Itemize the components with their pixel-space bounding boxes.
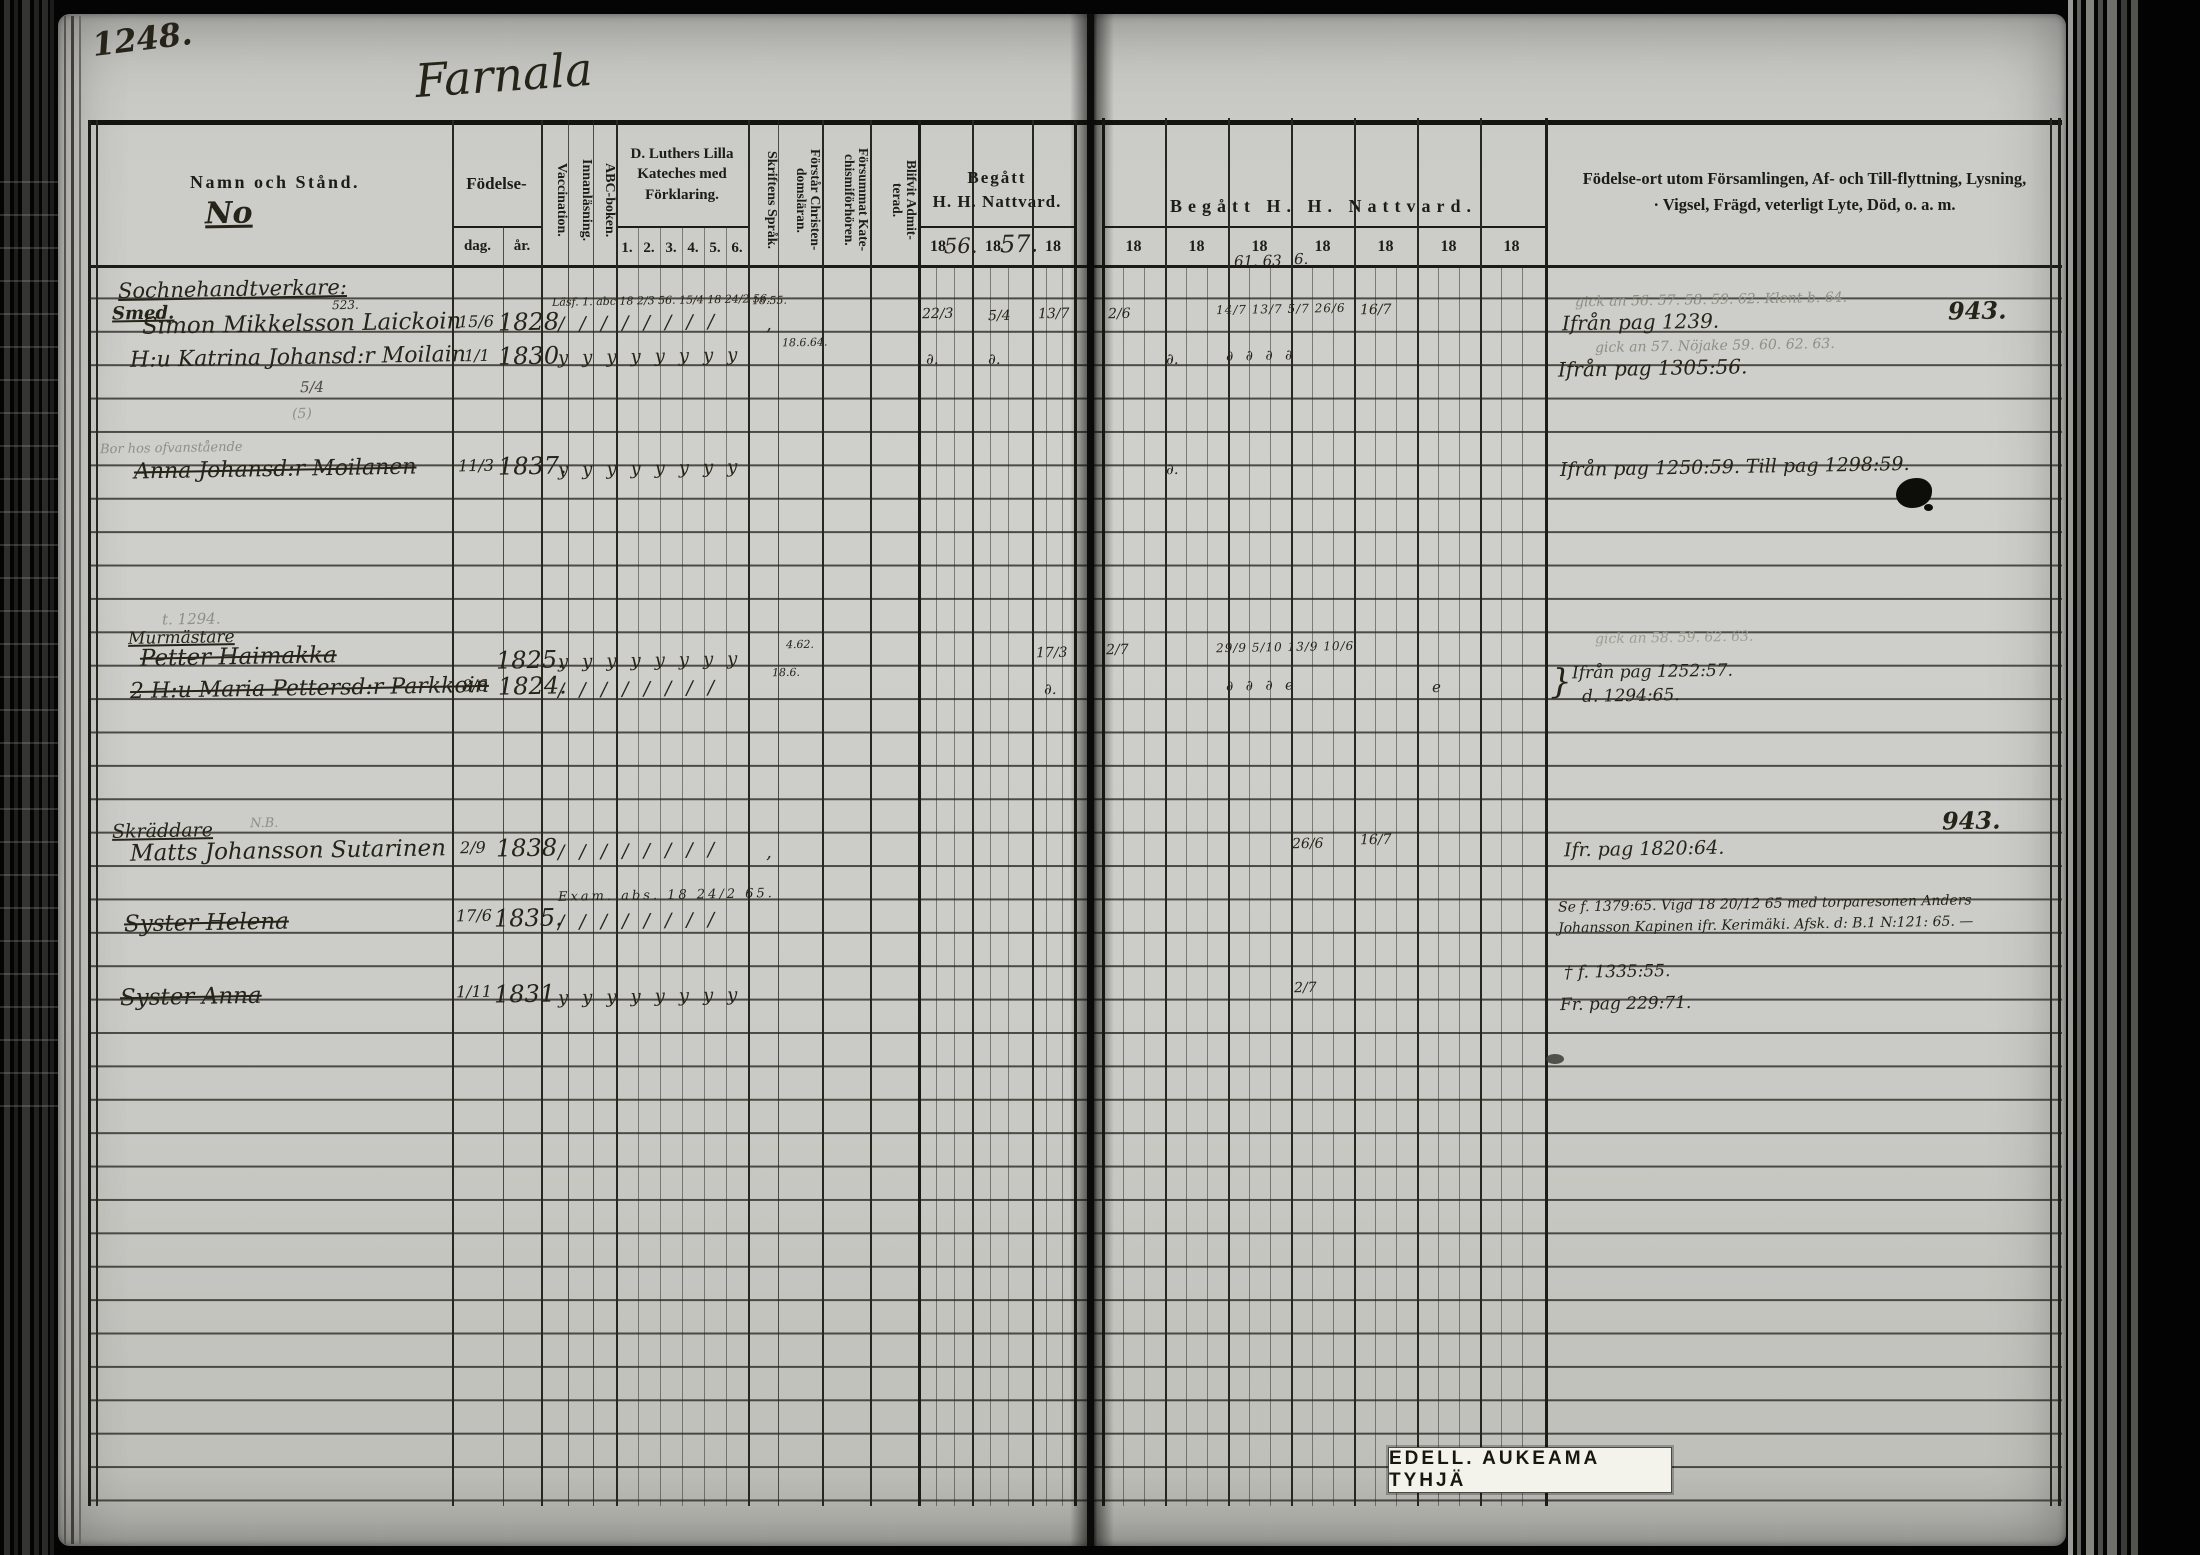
reference-note: Ifrån pag 1305:56. — [1558, 354, 1748, 381]
entry-annotation: 18.55. — [752, 294, 787, 308]
entry-birth-day: 1/11 — [456, 982, 492, 1002]
pencil-ref: t. 1294. — [162, 609, 221, 628]
col-header-vaccination: Vaccination. — [541, 134, 568, 266]
col-header-birth-day: dag. — [452, 238, 503, 255]
rule — [1270, 266, 1271, 1506]
nattvard-entry: 22/3 — [922, 306, 954, 323]
rule — [1417, 118, 1419, 1506]
page-stack-edge — [2098, 0, 2103, 1555]
rule — [1062, 266, 1063, 1506]
nattvard-entry: ∂. — [1166, 350, 1179, 368]
entry-birth-year: 1838 — [496, 833, 558, 862]
entry-birth-day: 15/6 — [458, 312, 494, 332]
rule — [918, 120, 921, 1506]
rule — [1046, 266, 1047, 1506]
year-right-4-hand: 6. — [1294, 250, 1309, 268]
page-stack-edge — [2121, 0, 2127, 1555]
nattvard-entry: 14/7 13/7 5/7 26/6 — [1216, 301, 1346, 317]
year-right-1: 18 — [1102, 238, 1165, 256]
rule — [1354, 118, 1356, 1506]
entry-birth-day: 8/6 — [462, 676, 488, 695]
page-stack-edge — [2077, 0, 2081, 1555]
rule — [1165, 118, 1167, 1506]
col-header-forsummat: Försummat Kate- chismiförhören. — [822, 134, 870, 266]
rule — [1396, 266, 1397, 1506]
rule — [990, 266, 991, 1506]
group-heading: Sochnehandtverkare: — [118, 275, 347, 303]
binding-edge — [71, 16, 74, 1544]
binding-edge — [64, 16, 66, 1544]
rule — [1333, 266, 1334, 1506]
rule — [822, 120, 824, 1506]
col-header-birth-year: år. — [503, 238, 541, 255]
reference-note: Ifrån pag 1239. — [1562, 309, 1720, 336]
col-header-nattvard-left-2: H. H. Nattvard. — [918, 192, 1076, 212]
nattvard-entry: ∂ ∂ ∂ ∂ — [1226, 347, 1297, 364]
group-heading-note: N.B. — [250, 816, 279, 831]
katekes-num-4: 4. — [682, 240, 704, 257]
entry-name: Simon Mikkelsson Laickoin — [142, 308, 462, 340]
col-header-skriftens: Skriftens Språk. — [748, 134, 778, 266]
entry-marks: yyyyyyyy — [558, 344, 752, 368]
col-header-katekes: D. Luthers Lilla Kateches med Förklaring… — [616, 144, 748, 205]
col-header-abc-boken: ABC-boken. — [593, 134, 616, 266]
rule — [1008, 266, 1009, 1506]
rule — [918, 226, 1076, 228]
year-right-6: 18 — [1417, 238, 1480, 256]
entry-annotation: 18.6.64. — [782, 336, 828, 350]
katekes-num-2: 2. — [638, 240, 660, 257]
nattvard-entry: ∂. — [926, 350, 939, 368]
ink-blot — [1924, 504, 1933, 511]
reference-note: d. 1294:65. — [1582, 685, 1680, 707]
rule — [1123, 266, 1124, 1506]
rule — [1459, 266, 1460, 1506]
nattvard-entry: 2/7 — [1294, 980, 1317, 996]
page-stack-edge — [2068, 0, 2073, 1555]
reference-note: Ifrån pag 1252:57. — [1572, 661, 1733, 684]
entry-scribble: (5) — [292, 406, 312, 422]
entry-marks: yyyyyyyy — [558, 984, 752, 1008]
archival-label: EDELL. AUKEAMA TYHJÄ — [1388, 1447, 1672, 1493]
pencil-note: gick an 58. 59. 62. 63. — [1595, 629, 1754, 648]
entry-birth-day: 11/3 — [458, 456, 494, 476]
rule — [1291, 118, 1293, 1506]
nattvard-entry: e — [1432, 678, 1441, 696]
rule — [88, 120, 91, 1506]
rule — [1032, 120, 1034, 1506]
nattvard-entry: 2/6 — [1108, 306, 1131, 322]
entry-annotation: 4.62. — [786, 638, 814, 651]
entry-birth-year: 1837. — [498, 451, 567, 480]
smudge — [1546, 1054, 1564, 1064]
col-header-notes-1: Födelse-ort utom Församlingen, Af- och T… — [1552, 170, 2057, 189]
rule — [870, 120, 872, 1506]
rule — [1545, 118, 1548, 1506]
entry-marks: //////// — [558, 839, 730, 864]
col-header-nattvard-right: Begått H. H. Nattvard. — [1102, 196, 1545, 217]
entry-tick: , — [766, 842, 772, 863]
nattvard-entry: 26/6 — [1292, 836, 1324, 853]
year-right-2: 18 — [1165, 238, 1228, 256]
rule — [1438, 266, 1439, 1506]
entry-marks: yyyyyyyy — [558, 456, 752, 480]
rule — [1312, 266, 1313, 1506]
col-header-innanlasning: Innanläsning. — [568, 134, 593, 266]
entry-annotation: 18.6. — [772, 666, 800, 679]
year-right-7: 18 — [1480, 238, 1543, 256]
rule — [452, 226, 541, 228]
rule — [1102, 226, 1545, 228]
entry-marks: //////// — [558, 311, 730, 336]
nattvard-entry: 13/7 — [1038, 306, 1070, 323]
katekes-num-6: 6. — [726, 240, 748, 257]
rule — [1207, 266, 1208, 1506]
year-right-3-hand: 61. 63 — [1234, 252, 1282, 271]
entry-birth-day: 1/1 — [464, 346, 490, 365]
nattvard-entry: 29/9 5/10 13/9 10/6 — [1216, 639, 1354, 655]
rule — [1186, 266, 1187, 1506]
rule — [954, 266, 955, 1506]
entry-birth-year: 1831 — [494, 979, 556, 1008]
entry-name: Petter Haimakka — [140, 642, 337, 671]
rule — [682, 226, 683, 1506]
page-stack-edge — [2131, 0, 2138, 1555]
entry-birth-year: 1830 — [498, 341, 560, 370]
rule — [660, 226, 661, 1506]
rule — [936, 266, 937, 1506]
margin-note: Bor hos ofvanstående — [100, 440, 243, 457]
katekes-num-1: 1. — [616, 240, 638, 257]
col-header-notes-2: · Vigsel, Frägd, veterligt Lyte, Död, o.… — [1552, 196, 2057, 215]
katekes-num-3: 3. — [660, 240, 682, 257]
rule — [1501, 266, 1502, 1506]
rule — [1228, 118, 1230, 1506]
rule — [503, 226, 504, 1506]
col-header-birth: Födelse- — [452, 174, 541, 194]
nattvard-entry: ∂. — [988, 350, 1001, 368]
nattvard-entry: 16/7 — [1360, 832, 1392, 849]
page-stack-edge — [2107, 0, 2117, 1555]
entry-birth-year: 1824. — [498, 671, 567, 700]
rule — [2058, 118, 2061, 1506]
rule — [1522, 266, 1523, 1506]
col-header-name: Namn och Stånd. — [105, 172, 445, 193]
rule — [704, 226, 705, 1506]
nattvard-entry: ∂. — [1044, 680, 1057, 698]
folio-number: 943. — [1948, 295, 2007, 325]
rule — [778, 120, 779, 1506]
rule — [2050, 118, 2052, 1506]
book-gutter-fold — [1087, 14, 1094, 1546]
entry-name: Matts Johansson Sutarinen — [130, 835, 446, 867]
binding-edge — [79, 16, 81, 1544]
entry-birth-year: 1828 — [498, 307, 560, 336]
nattvard-entry: 2/7 — [1106, 642, 1129, 658]
nattvard-entry: ∂ ∂ ∂ e — [1226, 677, 1298, 694]
entry-marks: //////// — [558, 677, 730, 702]
brace: } — [1550, 662, 1572, 702]
rule — [96, 120, 98, 1506]
rule — [726, 226, 727, 1506]
col-header-nattvard-left-1: Begått — [918, 168, 1076, 188]
entry-birth-day: 2/9 — [460, 838, 486, 857]
film-scan: 1248. Farnala — [0, 0, 2200, 1555]
reference-note: Fr. pag 229:71. — [1560, 993, 1692, 1015]
rule — [1480, 118, 1482, 1506]
nattvard-entry: 5/4 — [988, 308, 1011, 324]
rule — [638, 226, 639, 1506]
no-script: No — [205, 196, 253, 232]
rule — [748, 120, 750, 1506]
entry-name: Syster Helena — [124, 909, 289, 938]
rule — [1249, 266, 1250, 1506]
entry-birth-day: 17/6 — [456, 906, 492, 926]
rule — [1144, 266, 1145, 1506]
rule — [972, 120, 974, 1506]
rule — [1375, 266, 1376, 1506]
year-left-3: 18 — [1032, 238, 1074, 256]
entry-tick: , — [766, 314, 772, 335]
entry-birth-year: 1835. — [494, 903, 563, 932]
film-black-right — [2142, 0, 2200, 1555]
page-stack-edge — [2086, 0, 2094, 1555]
entry-marks: //////// — [558, 909, 730, 934]
reference-note: Ifr. pag 1820:64. — [1564, 837, 1725, 862]
col-header-blifvit: Blifvit Admit- terad. — [870, 134, 918, 266]
nattvard-entry: ∂. — [1166, 460, 1179, 478]
nattvard-entry: 17/3 — [1036, 645, 1068, 662]
entry-name: Anna Johansd:r Moilanen — [134, 455, 417, 485]
nattvard-entry: 16/7 — [1360, 302, 1392, 319]
folio-number: 943. — [1942, 805, 2001, 835]
entry-birth-year: 1825. — [496, 645, 565, 674]
entry-name: Syster Anna — [120, 983, 262, 1011]
col-header-forstar: Förstår Christen- domsläran. — [778, 134, 822, 266]
reference-note: † f. 1335:55. — [1564, 961, 1671, 983]
entry-scribble: 5/4 — [300, 378, 324, 396]
year-right-5: 18 — [1354, 238, 1417, 256]
katekes-num-5: 5. — [704, 240, 726, 257]
entry-marks: yyyyyyyy — [558, 648, 752, 672]
